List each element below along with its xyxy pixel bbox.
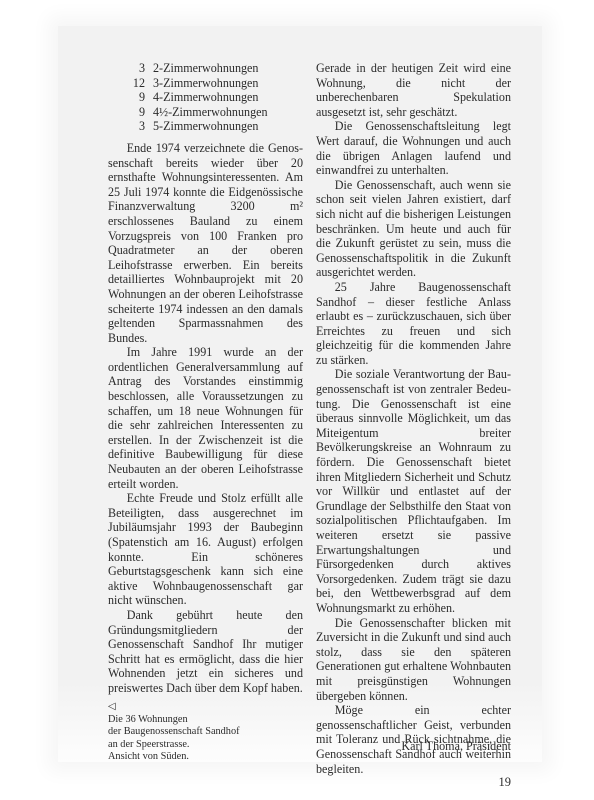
apartment-count: 9 — [108, 90, 153, 105]
paragraph: Ende 1974 verzeichnete die Genos­senscha… — [108, 141, 303, 345]
caption-line: der Baugenossenschaft Sandhof — [108, 726, 308, 739]
paragraph: Echte Freude und Stolz erfüllt alle Be­t… — [108, 491, 303, 608]
paragraph: Die Genossenschaftsleitung legt Wert dar… — [316, 119, 511, 177]
apartment-count: 12 — [108, 76, 153, 91]
apartment-count: 3 — [108, 119, 153, 134]
list-item: 12 3-Zimmerwohnungen — [108, 76, 303, 91]
apartment-type: 3-Zimmerwohnungen — [153, 76, 258, 91]
right-column: Gerade in der heutigen Zeit wird eine Wo… — [316, 61, 511, 776]
apartment-list: 3 2-Zimmerwohnungen 12 3-Zimmerwohnungen… — [108, 61, 303, 134]
page-number: 19 — [316, 775, 511, 790]
apartment-count: 3 — [108, 61, 153, 76]
caption-line: an der Speerstrasse. — [108, 739, 308, 752]
apartment-count: 9 — [108, 105, 153, 120]
left-arrow-icon: ◁ — [108, 701, 308, 714]
list-item: 3 2-Zimmerwohnungen — [108, 61, 303, 76]
caption-line: Ansicht von Süden. — [108, 751, 308, 764]
paragraph: Die soziale Verantwortung der Bau­genoss… — [316, 367, 511, 615]
apartment-type: 4½-Zimmerwohnungen — [153, 105, 268, 120]
list-item: 9 4-Zimmerwohnungen — [108, 90, 303, 105]
photo-caption: ◁ Die 36 Wohnungen der Baugenossenschaft… — [108, 701, 308, 764]
scanned-page: 3 2-Zimmerwohnungen 12 3-Zimmerwohnungen… — [58, 26, 542, 762]
paragraph: Die Genossenschaft, auch wenn sie schon … — [316, 178, 511, 280]
apartment-type: 2-Zimmerwohnungen — [153, 61, 258, 76]
list-item: 9 4½-Zimmerwohnungen — [108, 105, 303, 120]
apartment-type: 5-Zimmerwohnungen — [153, 119, 258, 134]
list-item: 3 5-Zimmerwohnungen — [108, 119, 303, 134]
caption-line: Die 36 Wohnungen — [108, 714, 308, 727]
apartment-type: 4-Zimmerwohnungen — [153, 90, 258, 105]
paragraph: Die Genossenschafter blicken mit Zuversi… — [316, 616, 511, 704]
paragraph: 25 Jahre Baugenossenschaft Sandhof – die… — [316, 280, 511, 368]
paragraph: Dank gebührt heute den Gründungs­mitglie… — [108, 608, 303, 696]
paragraph: Gerade in der heutigen Zeit wird eine Wo… — [316, 61, 511, 119]
signature: Karl Thoma, Präsident — [316, 739, 511, 754]
paragraph: Im Jahre 1991 wurde an der ordentli­chen… — [108, 345, 303, 491]
left-column: 3 2-Zimmerwohnungen 12 3-Zimmerwohnungen… — [108, 61, 303, 696]
